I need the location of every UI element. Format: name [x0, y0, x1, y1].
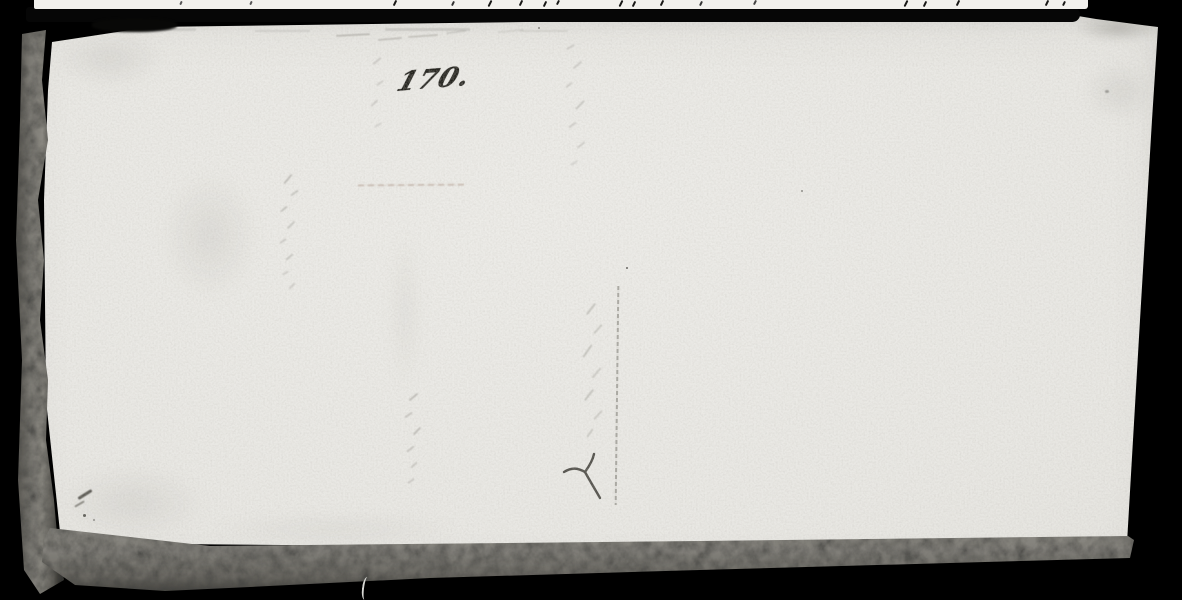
bleedthrough-mark: [573, 61, 583, 70]
bleedthrough-hatch: [592, 367, 602, 378]
previous-page-edge: [34, 0, 1088, 9]
stain-smudge: [55, 32, 165, 87]
bleedthrough-smudge: [255, 30, 310, 32]
ink-speck: [801, 190, 803, 192]
separator-band-blob: [92, 18, 177, 32]
document-scan: 170.: [0, 0, 1182, 600]
bleedthrough-mark: [570, 160, 578, 166]
bleedthrough-mark: [371, 99, 379, 107]
stain-smudge: [205, 515, 465, 543]
bleedthrough-mark: [404, 412, 413, 419]
manuscript-page: 170.: [0, 0, 1182, 600]
bleedthrough-hatch: [593, 324, 603, 334]
bleedthrough-mark: [566, 44, 575, 50]
bleedthrough-mark: [413, 427, 421, 435]
bleedthrough-mark: [374, 122, 382, 128]
bleedthrough-mark: [409, 393, 419, 402]
ink-speck: [626, 267, 628, 269]
bleedthrough-mark: [406, 445, 414, 452]
page-number: 170.: [393, 61, 475, 98]
bleedthrough-hatch: [586, 428, 593, 437]
bleedthrough-mark: [285, 253, 293, 260]
bleedthrough-script: [378, 37, 402, 41]
bleedthrough-mark: [280, 206, 287, 213]
bleedthrough-hatch: [593, 410, 603, 420]
bleedthrough-script: [498, 29, 524, 33]
bleedthrough-mark: [290, 190, 299, 197]
ink-stroke-path: [564, 454, 600, 498]
bleedthrough-rule: [358, 184, 464, 187]
bleedthrough-mark: [283, 174, 292, 184]
bleedthrough-script: [408, 34, 438, 38]
bleedthrough-mark: [407, 478, 415, 484]
ink-bleedthrough-stroke: [560, 444, 610, 502]
page-corner-shadow: [1075, 14, 1163, 42]
ink-speck: [538, 27, 540, 29]
bleedthrough-mark: [282, 270, 289, 275]
bleedthrough-mark: [287, 221, 295, 229]
bleedthrough-hatch: [582, 344, 592, 357]
stain-smudge: [1082, 62, 1156, 120]
bleedthrough-mark: [288, 282, 295, 289]
page-separator-band: [26, 7, 1080, 22]
bleedthrough-mark: [568, 122, 577, 129]
stain-smudge: [388, 225, 422, 395]
bleedthrough-mark: [577, 141, 586, 149]
bleedthrough-mark: [279, 238, 287, 244]
bleedthrough-mark: [373, 57, 382, 65]
stain-smudge: [160, 170, 260, 300]
bleedthrough-hatch: [586, 303, 596, 315]
stain-smudge: [58, 465, 208, 540]
bleedthrough-mark: [575, 100, 585, 110]
bleedthrough-mark: [565, 82, 573, 88]
bleedthrough-mark: [410, 462, 417, 469]
bleedthrough-script: [336, 33, 370, 37]
bleedthrough-hatch: [584, 389, 594, 401]
bleedthrough-mark: [376, 80, 384, 86]
bleedthrough-smudge: [520, 30, 568, 32]
bleedthrough-column-rule: [615, 286, 620, 505]
